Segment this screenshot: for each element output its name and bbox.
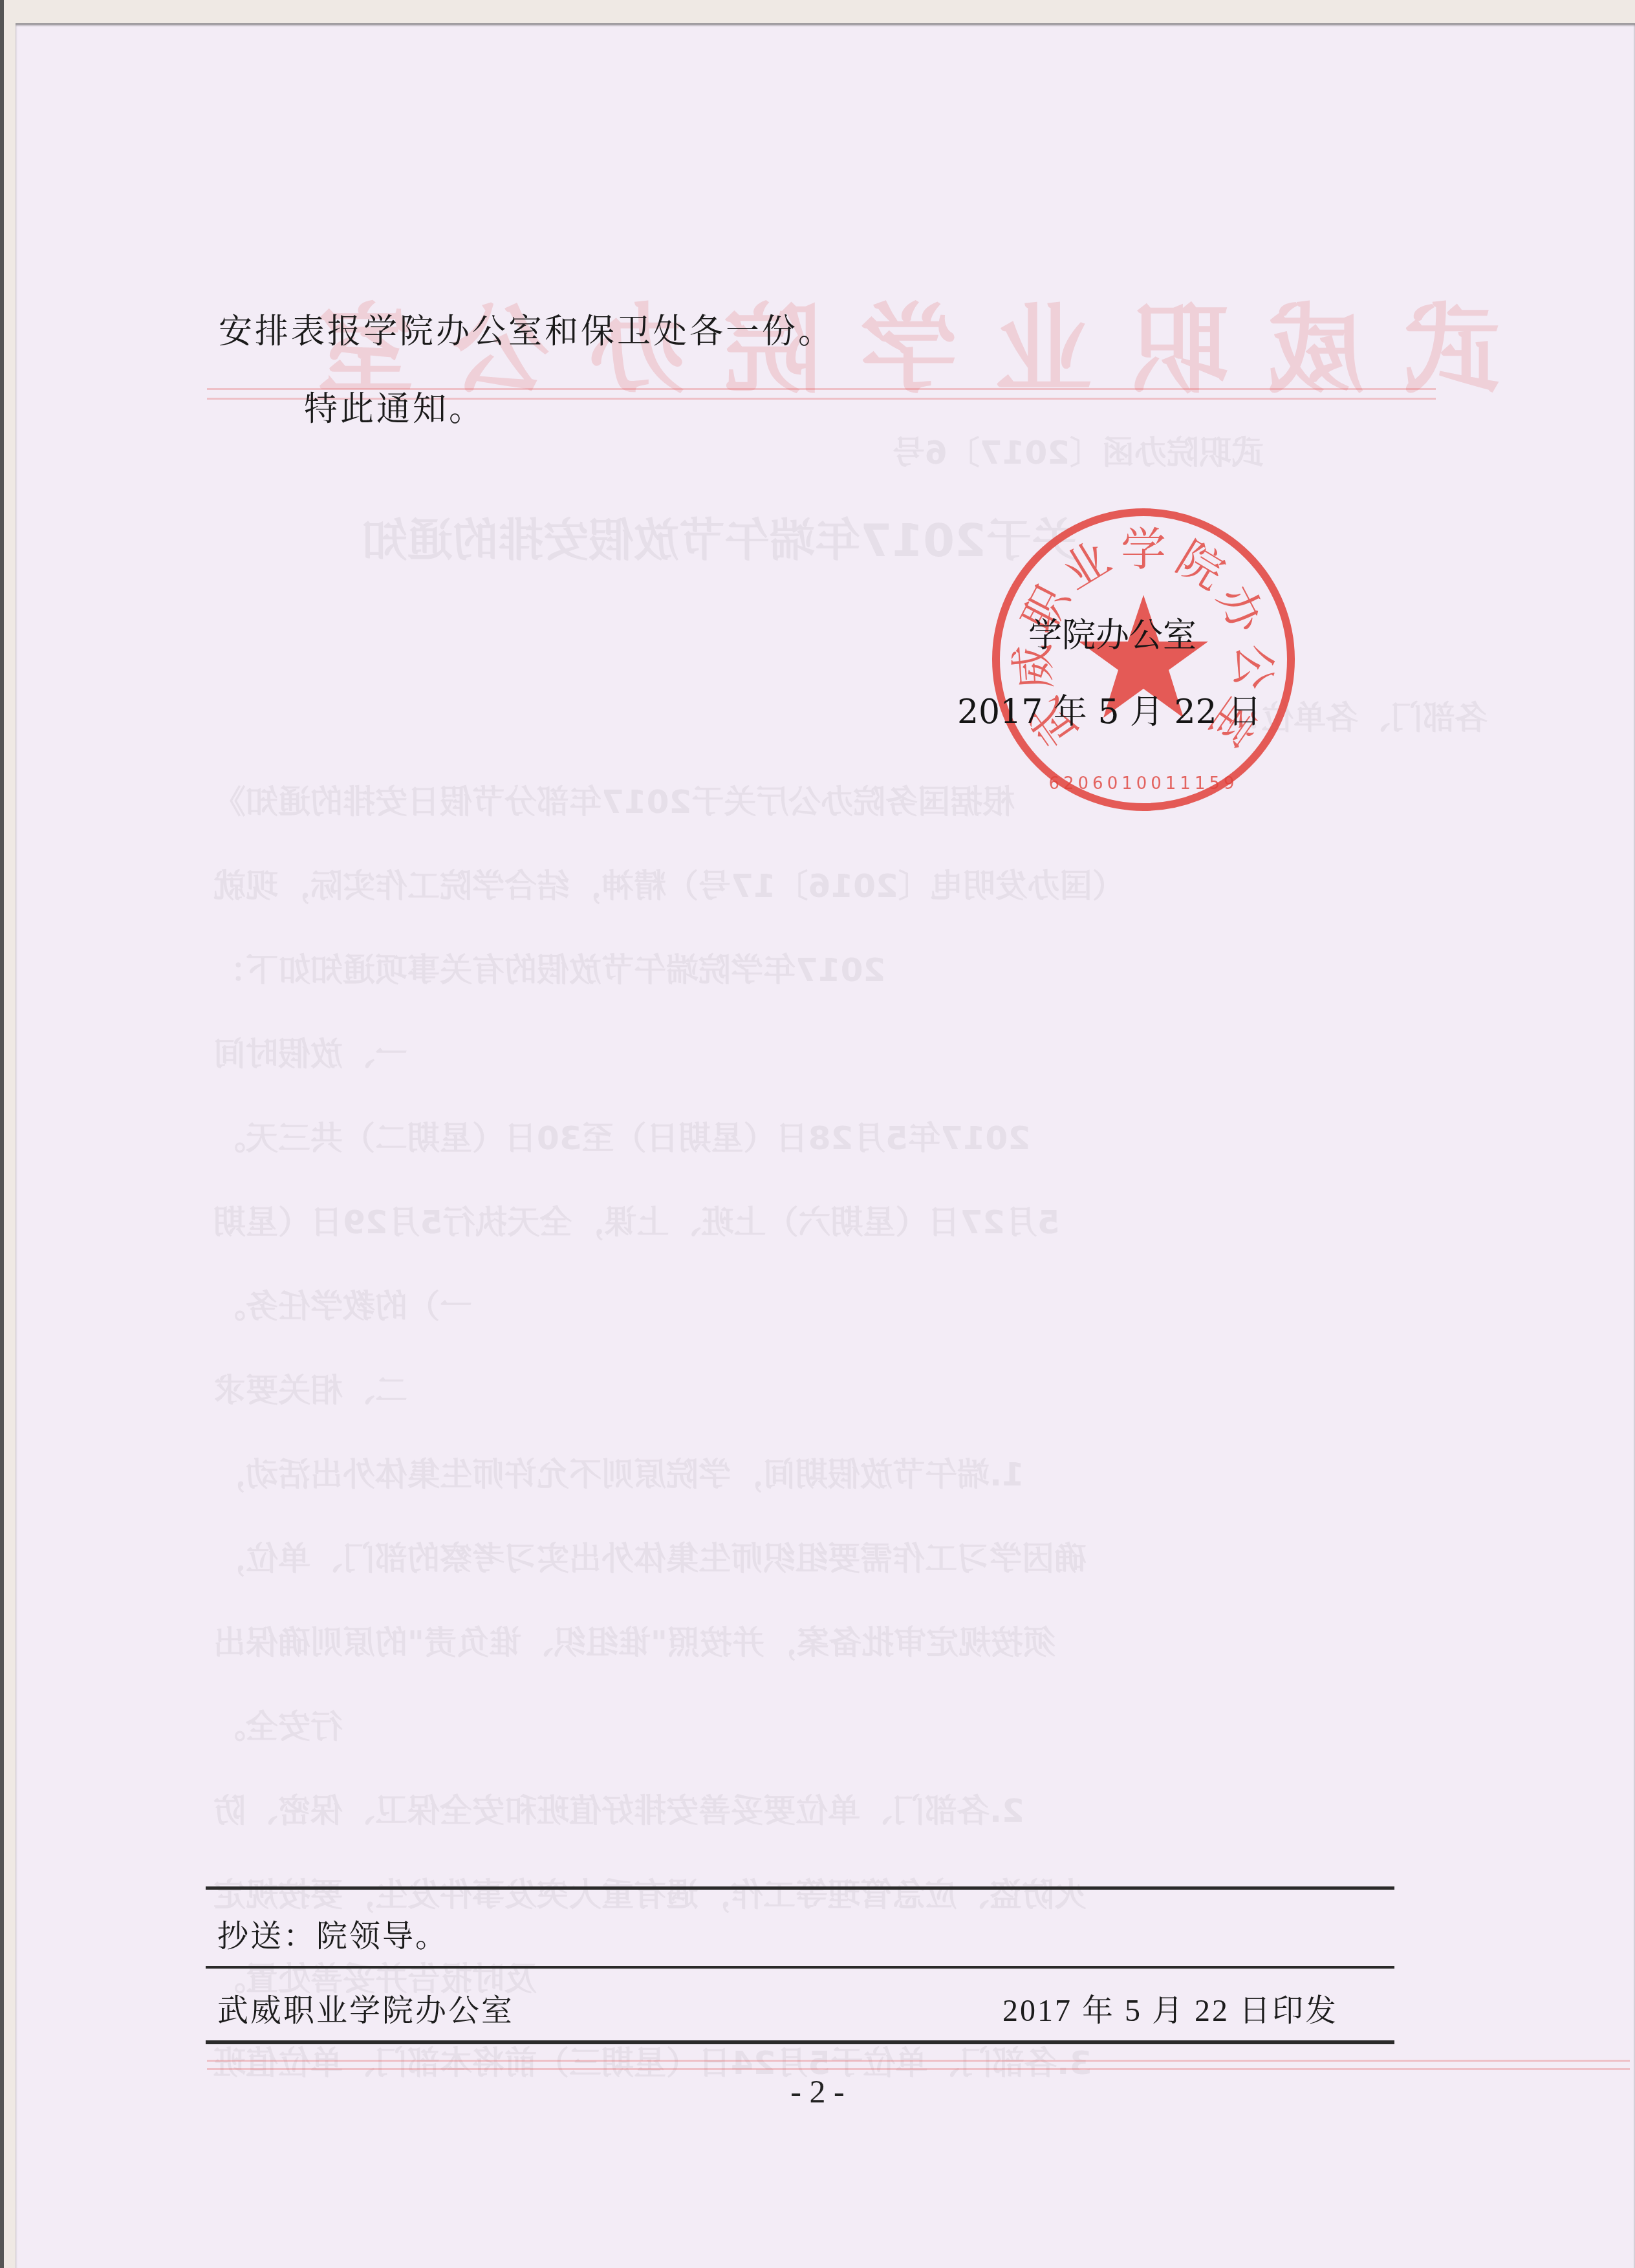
footer-rule-bottom <box>206 2040 1394 2044</box>
bleed-notice-title: 关于2017年端午节放假安排的通知 <box>362 504 1077 570</box>
scan-edge <box>0 0 4 2268</box>
seal-serial-number: 6206010011159 <box>1048 774 1238 794</box>
bleed-line: 2017年5月28日（星期日）至30日（星期二）共三天。 <box>213 1112 1030 1159</box>
bleed-line: 2017年学院端午节放假的有关事项通知如下： <box>213 944 885 991</box>
page-number: - 2 - <box>0 2073 1635 2110</box>
cc-line: 抄送：院领导。 <box>217 1911 448 1956</box>
cc-label: 抄送： <box>217 1918 316 1954</box>
body-line-1: 安排表报学院办公室和保卫处各一份。 <box>219 304 834 352</box>
bleed-line: 须按规定审批备案，并按照"谁组织、谁负责"的原则确保出 <box>213 1617 1056 1663</box>
bleed-line: 2.各部门、单位要妥善安排好值班和安全保卫、保密、防 <box>213 1785 1024 1831</box>
body-line-closing: 特此通知。 <box>304 382 485 430</box>
bleed-line: 火防盗、应急管理等工作，遇有重大突发事件发生，要按规定 <box>213 1869 1087 1916</box>
seal-char: 办 <box>1207 577 1275 643</box>
cc-value: 院领导。 <box>316 1918 448 1954</box>
official-seal: 武威职业学院办公室 6206010011159 <box>982 498 1305 821</box>
bleed-line: 一）的教学任务。 <box>213 1280 472 1327</box>
bleed-line: 5月27日（星期六）上班、上课，全天执行5月29日（星期 <box>213 1196 1060 1243</box>
footer-rule-middle <box>206 1966 1394 1969</box>
bleed-line: 行安全。 <box>213 1701 343 1747</box>
bleed-line: 一、放假时间 <box>213 1028 407 1075</box>
seal-char: 院 <box>1167 531 1233 599</box>
signature-date: 2017 年 5 月 22 日 <box>957 684 1261 733</box>
bleed-red-rule-bottom-1 <box>207 2060 1630 2062</box>
signature-office: 学院办公室 <box>1028 608 1196 656</box>
bleed-red-rule-bottom-2 <box>207 2068 1630 2070</box>
bleed-doc-number: 武职院办函〔2017〕6号 <box>893 427 1264 473</box>
seal-char: 业 <box>1054 531 1120 599</box>
issue-date: 2017 年 5 月 22 日印发 <box>1002 1985 1338 2030</box>
bleed-line: 二、相关要求 <box>213 1365 407 1411</box>
bleed-line: 确因学习工作需要组织师生集体外出实习考察的部门、单位， <box>213 1533 1087 1579</box>
bleed-line: 根据国务院办公厅关于2017年部分节假日安排的通知》 <box>213 776 1015 823</box>
seal-char: 学 <box>1121 523 1166 576</box>
issuer: 武威职业学院办公室 <box>217 1985 514 2030</box>
bleed-line: 1.端午节放假期间，学院原则不允许师生集体外出活动， <box>213 1449 1024 1495</box>
footer-rule-top <box>206 1886 1394 1890</box>
bleed-line: （国办发明电〔2016〕17号）精神，结合学院工作实际，现就 <box>213 860 1125 907</box>
